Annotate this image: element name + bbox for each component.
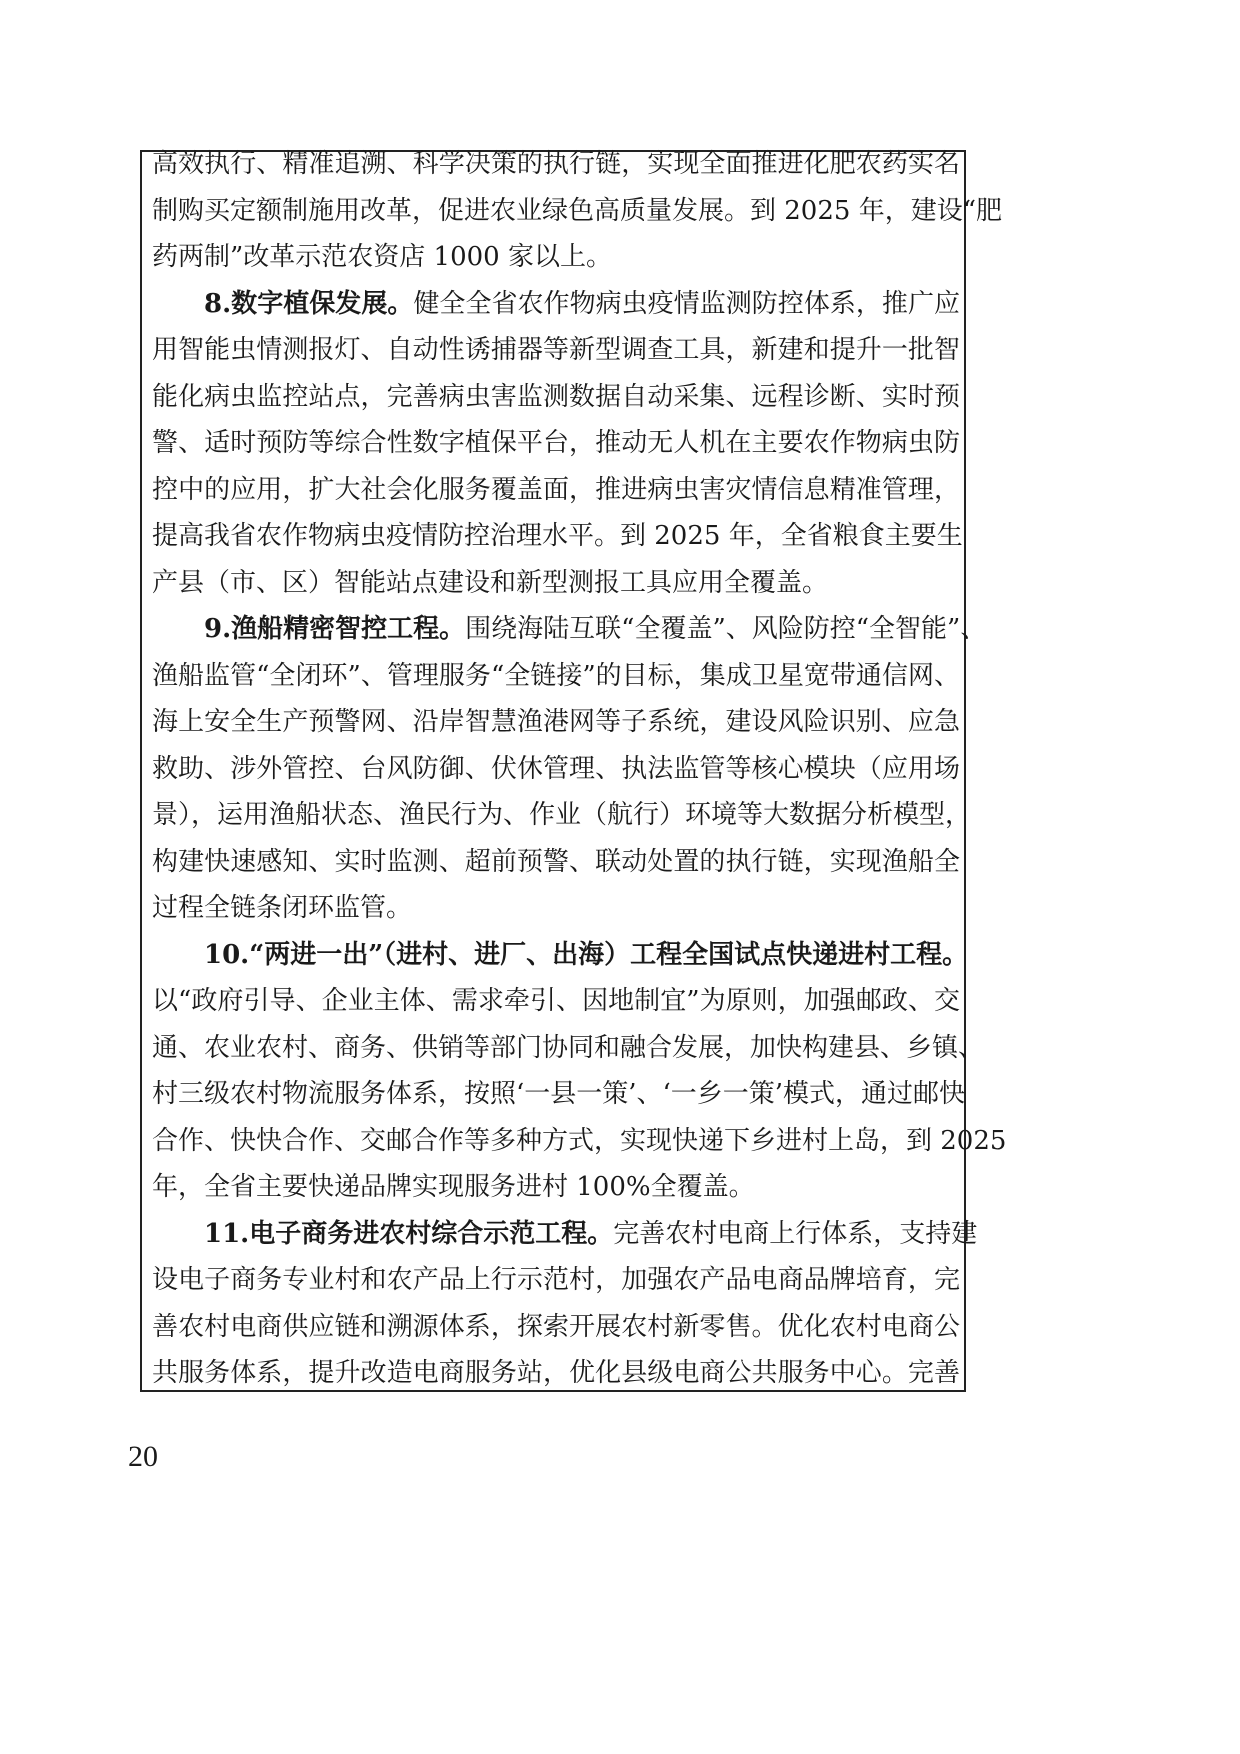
document-body: 高效执行、精准追溯、科学决策的执行链，实现全面推进化肥农药实名 制购买定额制施用…: [152, 141, 960, 1397]
body-line: 警、适时预防等综合性数字植保平台，推动无人机在主要农作物病虫防: [152, 420, 960, 467]
section-8-heading: 8.数字植保发展。: [204, 289, 413, 319]
body-line: 能化病虫监控站点，完善病虫害监测数据自动采集、远程诊断、实时预: [152, 374, 960, 421]
body-line: 制购买定额制施用改革，促进农业绿色高质量发展。到 2025 年，建设“肥: [152, 188, 960, 235]
body-line: 合作、快快合作、交邮合作等多种方式，实现快递下乡进村上岛，到 2025: [152, 1118, 960, 1165]
section-10-heading: 10.“两进一出”（进村、进厂、出海）工程全国试点快递进村工程。: [152, 932, 960, 979]
body-line: 年，全省主要快递品牌实现服务进村 100%全覆盖。: [152, 1164, 960, 1211]
section-11-first-line: 11.电子商务进农村综合示范工程。完善农村电商上行体系，支持建: [152, 1211, 960, 1258]
body-line: 共服务体系，提升改造电商服务站，优化县级电商公共服务中心。完善: [152, 1350, 960, 1397]
body-line: 善农村电商供应链和溯源体系，探索开展农村新零售。优化农村电商公: [152, 1304, 960, 1351]
section-8-first-line: 8.数字植保发展。健全全省农作物病虫疫情监测防控体系，推广应: [152, 281, 960, 328]
section-9-heading: 9.渔船精密智控工程。: [204, 614, 465, 644]
body-line: 渔船监管“全闭环”、管理服务“全链接”的目标，集成卫星宽带通信网、: [152, 653, 960, 700]
body-text: 围绕海陆互联“全覆盖”、风险防控“全智能”、: [465, 614, 986, 644]
body-line: 景），运用渔船状态、渔民行为、作业（航行）环境等大数据分析模型，: [152, 792, 960, 839]
body-line: 高效执行、精准追溯、科学决策的执行链，实现全面推进化肥农药实名: [152, 141, 960, 188]
body-text: 完善农村电商上行体系，支持建: [613, 1219, 977, 1249]
section-11-heading: 11.电子商务进农村综合示范工程。: [204, 1219, 613, 1249]
page-number: 20: [128, 1440, 158, 1474]
body-line: 村三级农村物流服务体系，按照‘一县一策’、‘一乡一策’模式，通过邮快: [152, 1071, 960, 1118]
body-line: 药两制”改革示范农资店 1000 家以上。: [152, 234, 960, 281]
body-line: 构建快速感知、实时监测、超前预警、联动处置的执行链，实现渔船全: [152, 839, 960, 886]
body-line: 以“政府引导、企业主体、需求牵引、因地制宜”为原则，加强邮政、交: [152, 978, 960, 1025]
body-line: 控中的应用，扩大社会化服务覆盖面，推进病虫害灾情信息精准管理，: [152, 467, 960, 514]
section-9-first-line: 9.渔船精密智控工程。围绕海陆互联“全覆盖”、风险防控“全智能”、: [152, 606, 960, 653]
body-line: 产县（市、区）智能站点建设和新型测报工具应用全覆盖。: [152, 560, 960, 607]
body-line: 通、农业农村、商务、供销等部门协同和融合发展，加快构建县、乡镇、: [152, 1025, 960, 1072]
body-text: 健全全省农作物病虫疫情监测防控体系，推广应: [413, 289, 960, 319]
body-line: 救助、涉外管控、台风防御、伏休管理、执法监管等核心模块（应用场: [152, 746, 960, 793]
body-line: 设电子商务专业村和农产品上行示范村，加强农产品电商品牌培育，完: [152, 1257, 960, 1304]
body-line: 海上安全生产预警网、沿岸智慧渔港网等子系统，建设风险识别、应急: [152, 699, 960, 746]
body-line: 提高我省农作物病虫疫情防控治理水平。到 2025 年，全省粮食主要生: [152, 513, 960, 560]
body-line: 用智能虫情测报灯、自动性诱捕器等新型调查工具，新建和提升一批智: [152, 327, 960, 374]
body-line: 过程全链条闭环监管。: [152, 885, 960, 932]
